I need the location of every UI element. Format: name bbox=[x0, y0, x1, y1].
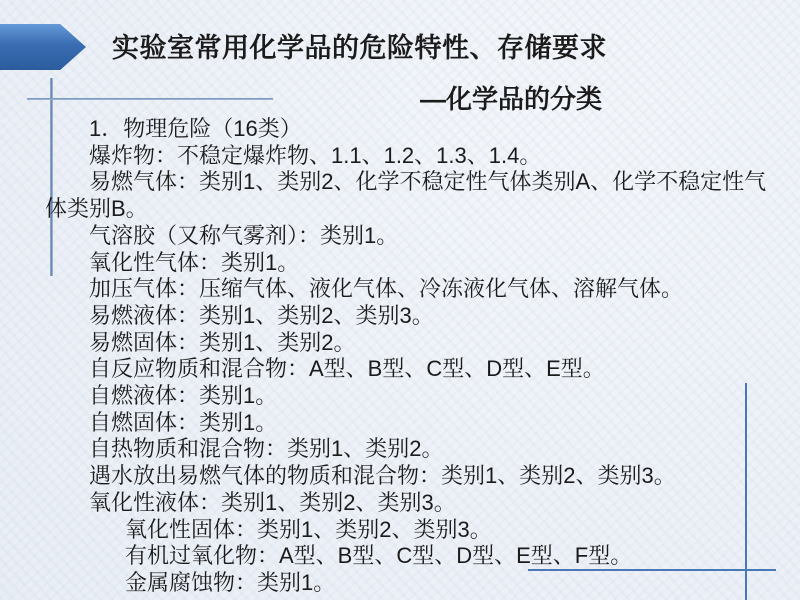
arrow-right-shape bbox=[0, 24, 86, 70]
body-line: 自热物质和混合物：类别1、类别2。 bbox=[45, 436, 795, 463]
body-line: 自反应物质和混合物：A型、B型、C型、D型、E型。 bbox=[45, 356, 795, 383]
body-text: 1．物理危险（16类）爆炸物：不稳定爆炸物、1.1、1.2、1.3、1.4。易燃… bbox=[45, 116, 795, 597]
decorative-horizontal-line-top-left bbox=[27, 98, 273, 100]
slide-subtitle: —化学品的分类 bbox=[420, 79, 602, 116]
body-line: 有机过氧化物：A型、B型、C型、D型、E型、F型。 bbox=[45, 543, 795, 570]
body-line: 体类别B。 bbox=[45, 196, 795, 223]
body-line: 爆炸物：不稳定爆炸物、1.1、1.2、1.3、1.4。 bbox=[45, 143, 795, 170]
body-line: 氧化性气体：类别1。 bbox=[45, 250, 795, 277]
slide-title: 实验室常用化学品的危险特性、存储要求 bbox=[112, 26, 607, 65]
presentation-slide: 实验室常用化学品的危险特性、存储要求 —化学品的分类 1．物理危险（16类）爆炸… bbox=[0, 0, 800, 600]
body-line: 自燃固体：类别1。 bbox=[45, 410, 795, 437]
body-line: 氧化性液体：类别1、类别2、类别3。 bbox=[45, 490, 795, 517]
body-line: 1．物理危险（16类） bbox=[45, 116, 795, 143]
body-line: 易燃固体：类别1、类别2。 bbox=[45, 330, 795, 357]
body-line: 气溶胶（又称气雾剂）：类别1。 bbox=[45, 223, 795, 250]
body-line: 加压气体：压缩气体、液化气体、冷冻液化气体、溶解气体。 bbox=[45, 276, 795, 303]
body-line: 遇水放出易燃气体的物质和混合物：类别1、类别2、类别3。 bbox=[45, 463, 795, 490]
body-line: 易燃液体：类别1、类别2、类别3。 bbox=[45, 303, 795, 330]
body-line: 金属腐蚀物：类别1。 bbox=[45, 570, 795, 597]
body-line: 氧化性固体：类别1、类别2、类别3。 bbox=[45, 517, 795, 544]
body-line: 易燃气体：类别1、类别2、化学不稳定性气体类别A、化学不稳定性气 bbox=[45, 169, 795, 196]
body-line: 自燃液体：类别1。 bbox=[45, 383, 795, 410]
